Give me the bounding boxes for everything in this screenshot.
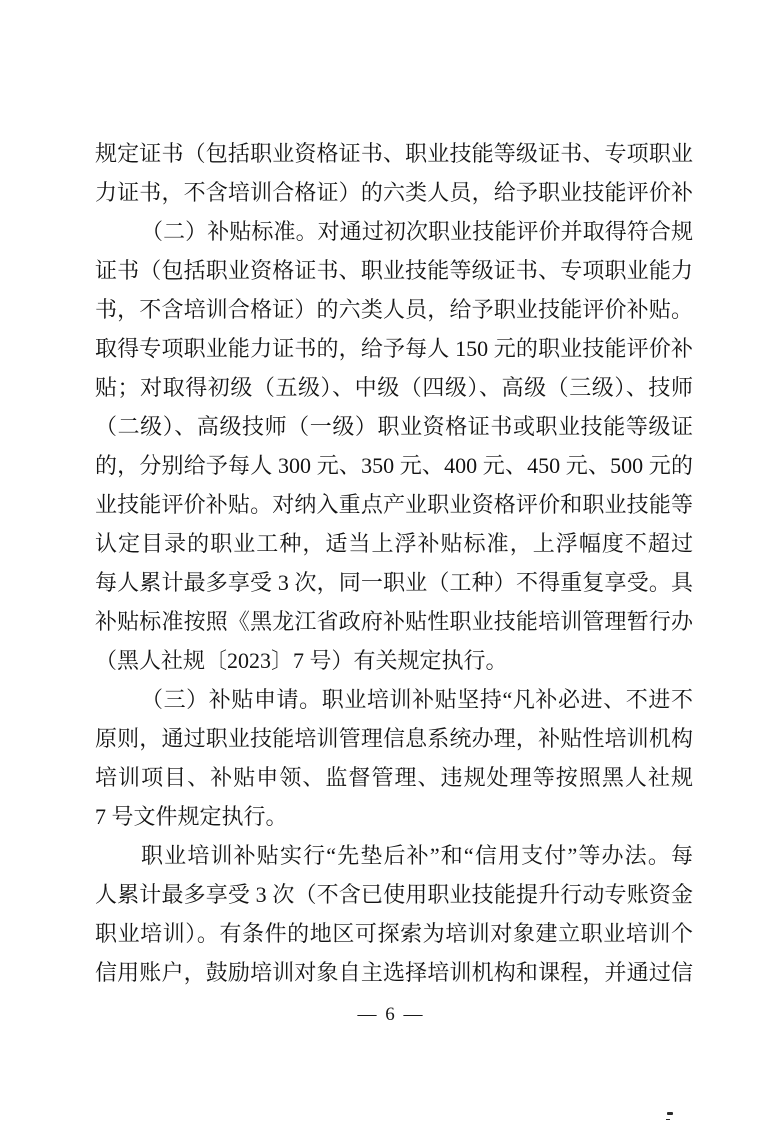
text-line: 认定目录的职业工种，适当上浮补贴标准，上浮幅度不超过30%。 bbox=[95, 524, 693, 563]
text-line: 书，不含培训合格证）的六类人员，给予职业技能评价补贴。对 bbox=[95, 290, 693, 329]
text-line: 力证书，不含培训合格证）的六类人员，给予职业技能评价补贴。 bbox=[95, 173, 693, 212]
text-line: （二）补贴标准。对通过初次职业技能评价并取得符合规定 bbox=[95, 212, 693, 251]
text-line: 职业培训）。有条件的地区可探索为培训对象建立职业培训个人 bbox=[95, 914, 693, 953]
text-line: 信用账户，鼓励培训对象自主选择培训机构和课程，并通过信用 bbox=[95, 953, 693, 992]
text-line: 职业培训补贴实行“先垫后补”和“信用支付”等办法。每 bbox=[95, 836, 693, 875]
text-line: 原则，通过职业技能培训管理信息系统办理，补贴性培训机构和 bbox=[95, 719, 693, 758]
text-line: 规定证书（包括职业资格证书、职业技能等级证书、专项职业能 bbox=[95, 134, 693, 173]
text-line: 业技能评价补贴。对纳入重点产业职业资格评价和职业技能等级 bbox=[95, 485, 693, 524]
text-line: （黑人社规〔2023〕7 号）有关规定执行。 bbox=[95, 641, 693, 680]
text-line: 每人累计最多享受 3 次，同一职业（工种）不得重复享受。具体 bbox=[95, 563, 693, 602]
text-line: （二级）、高级技师（一级）职业资格证书或职业技能等级证书 bbox=[95, 407, 693, 446]
document-page: 规定证书（包括职业资格证书、职业技能等级证书、专项职业能力证书，不含培训合格证）… bbox=[0, 0, 782, 1131]
text-line: 人累计最多享受 3 次（不含已使用职业技能提升行动专账资金的 bbox=[95, 875, 693, 914]
text-line: （三）补贴申请。职业培训补贴坚持“凡补必进、不进不补” bbox=[95, 680, 693, 719]
text-line: 7 号文件规定执行。 bbox=[95, 797, 693, 836]
text-line: 的，分别给予每人 300 元、350 元、400 元、450 元、500 元的职 bbox=[95, 446, 693, 485]
scan-ink-speck bbox=[667, 1112, 673, 1115]
text-line: 取得专项职业能力证书的，给予每人 150 元的职业技能评价补 bbox=[95, 329, 693, 368]
text-line: 补贴标准按照《黑龙江省政府补贴性职业技能培训管理暂行办法》 bbox=[95, 602, 693, 641]
document-body: 规定证书（包括职业资格证书、职业技能等级证书、专项职业能力证书，不含培训合格证）… bbox=[95, 134, 693, 992]
text-line: 贴；对取得初级（五级）、中级（四级）、高级（三级）、技师 bbox=[95, 368, 693, 407]
page-number: — 6 — bbox=[0, 1000, 782, 1030]
text-line: 证书（包括职业资格证书、职业技能等级证书、专项职业能力证 bbox=[95, 251, 693, 290]
text-line: 培训项目、补贴申领、监督管理、违规处理等按照黑人社规〔2023〕 bbox=[95, 758, 693, 797]
